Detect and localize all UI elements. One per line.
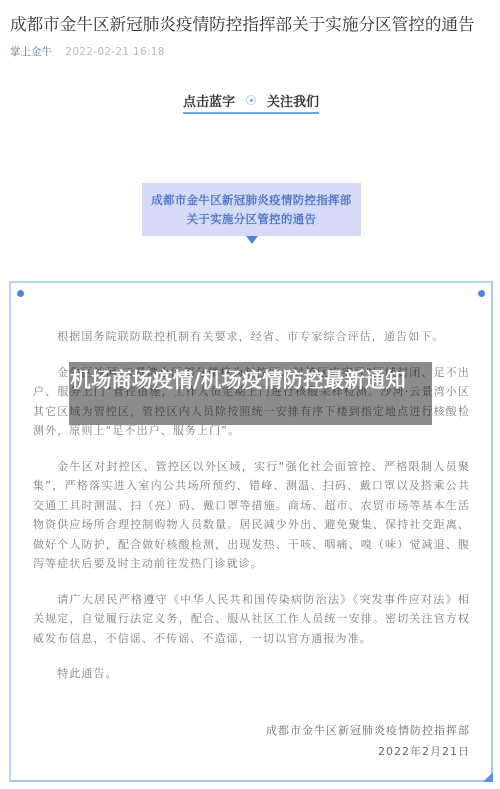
signature-date: 2022年2月21日	[33, 741, 470, 762]
follow-left-label: 点击蓝字	[183, 91, 235, 110]
corner-dot-icon	[17, 290, 24, 297]
article-meta: 掌上金牛 2022-02-21 16:18	[10, 44, 165, 60]
author-link[interactable]: 掌上金牛	[10, 46, 52, 58]
article-title: 成都市金牛区新冠肺炎疫情防控指挥部关于实施分区管控的通告	[10, 12, 495, 38]
notice-paragraph: 根据国务院联防联控机制有关要求，经省、市专家综合评估，通告如下。	[33, 327, 470, 347]
corner-dot-icon	[478, 290, 485, 297]
page-fold-icon	[483, 772, 493, 782]
notice-signature: 成都市金牛区新冠肺炎疫情防控指挥部 2022年2月21日	[33, 720, 470, 762]
banner-line-1: 成都市金牛区新冠肺炎疫情防控指挥部	[142, 191, 361, 210]
signature-org: 成都市金牛区新冠肺炎疫情防控指挥部	[33, 720, 470, 741]
headline-overlay[interactable]: 机场商场疫情/机场疫情防控最新通知	[69, 362, 432, 425]
notice-banner: 成都市金牛区新冠肺炎疫情防控指挥部 关于实施分区管控的通告	[142, 183, 361, 236]
notice-paragraph: 请广大居民严格遵守《中华人民共和国传染病防治法》《突发事件应对法》相关规定，自觉…	[33, 590, 470, 649]
down-arrow-icon	[246, 236, 258, 244]
banner-line-2: 关于实施分区管控的通告	[142, 210, 361, 229]
follow-right-label: 关注我们	[267, 91, 319, 110]
notice-paragraph: 特此通告。	[33, 664, 470, 684]
target-dot-icon	[246, 95, 256, 105]
notice-paragraph: 金牛区对封控区、管控区以外区域，实行“强化社会面管控、严格限制人员聚集”，严格落…	[33, 457, 470, 574]
follow-prompt: 点击蓝字 关注我们	[183, 88, 319, 114]
publish-date: 2022-02-21 16:18	[65, 46, 164, 58]
